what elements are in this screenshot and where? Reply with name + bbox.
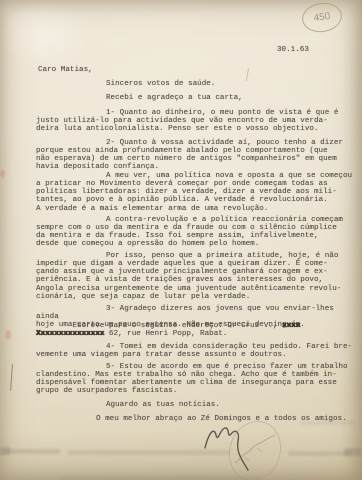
paragraph: A meu ver, uma política nova e oposta a … (36, 172, 358, 213)
margin-mark (10, 364, 13, 391)
paragraph: 5- Estou de acordo em que é preciso faze… (36, 363, 358, 396)
opening-line: Sinceros votos de saúde. (106, 80, 215, 88)
pencil-tick (246, 68, 249, 81)
overstrike-text: Xxxxxxxxxxxxxxx (36, 330, 104, 338)
bleed-through (0, 447, 10, 455)
address-line: Xxxxxxxxxxxxxxx 62, rue Henri Popp, Raba… (36, 330, 358, 338)
bleed-through (344, 448, 362, 456)
bleed-through (60, 476, 260, 480)
closing-line: Aguardo as tuas notícias. (106, 401, 220, 409)
address-text: 62, rue Henri Popp, Rabat. (104, 330, 227, 338)
salutation: Caro Matias, (38, 66, 93, 74)
letter-page: 450 30.1.63 Caro Matias, Sinceros votos … (0, 0, 362, 480)
paper-crease (0, 0, 90, 70)
paragraph: 4- Tomei em devida consideração teu pedi… (36, 343, 358, 359)
overstrike-text: xxxx (282, 322, 300, 330)
paper-speck (5, 330, 11, 340)
archive-number: 450 (313, 11, 331, 24)
letter-date: 30.1.63 (277, 46, 309, 54)
opening-line: Recebi e agradeço a tua carta, (106, 94, 243, 102)
address-line: Escreve para o seguinte endereço: Dr Cru… (36, 322, 358, 330)
paragraph: 1- Quanto ao dinheiro, o meu ponto de vi… (36, 109, 358, 133)
address-text: Escreve para o seguinte endereço: Dr Cru… (36, 322, 282, 330)
bleed-through (300, 421, 355, 425)
bleed-through (288, 451, 352, 456)
oval-stamp (220, 420, 290, 480)
paragraph: 2- Quanto à vossa actividade aí, pouco t… (36, 139, 358, 172)
paragraph: Por isso, penso que a primeira atitude, … (36, 252, 358, 301)
bleed-through (8, 449, 60, 454)
archive-number-circle: 450 (300, 0, 344, 34)
bleed-through (68, 450, 230, 455)
paragraph: A contra-revolução e a política reaccion… (36, 216, 358, 249)
paper-speck (0, 170, 5, 178)
